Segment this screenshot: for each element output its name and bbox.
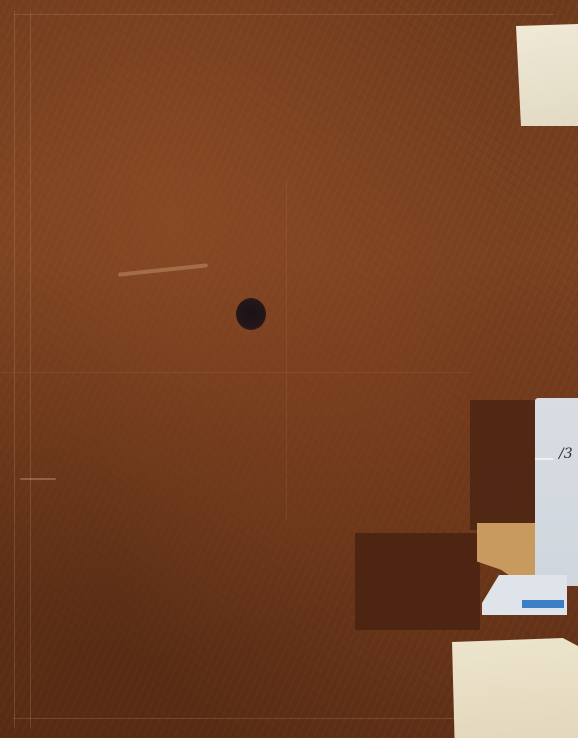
paper-label-bottom-right <box>452 638 578 738</box>
blue-stripe <box>522 600 564 608</box>
torn-white-label <box>482 575 567 615</box>
crease-horizontal <box>0 372 470 373</box>
darkened-leather-patch <box>355 533 480 630</box>
ink-spot <box>236 298 266 330</box>
paper-label-top-right <box>516 24 578 126</box>
tooled-border-top <box>14 14 554 15</box>
tooled-border-left <box>14 10 15 728</box>
torn-paper-patch <box>477 523 537 578</box>
leather-book-cover: /3 <box>0 0 578 738</box>
scratch-mark <box>118 263 208 276</box>
label-handwritten-mark: /3 <box>559 446 573 462</box>
tooled-border-left-inner <box>30 10 31 728</box>
darkened-leather-strip <box>470 400 540 530</box>
scratch-mark-left <box>20 478 56 480</box>
tooled-border-bottom <box>14 718 454 719</box>
crease-vertical <box>286 180 287 520</box>
label-line <box>535 458 553 460</box>
library-label: /3 <box>535 398 578 586</box>
